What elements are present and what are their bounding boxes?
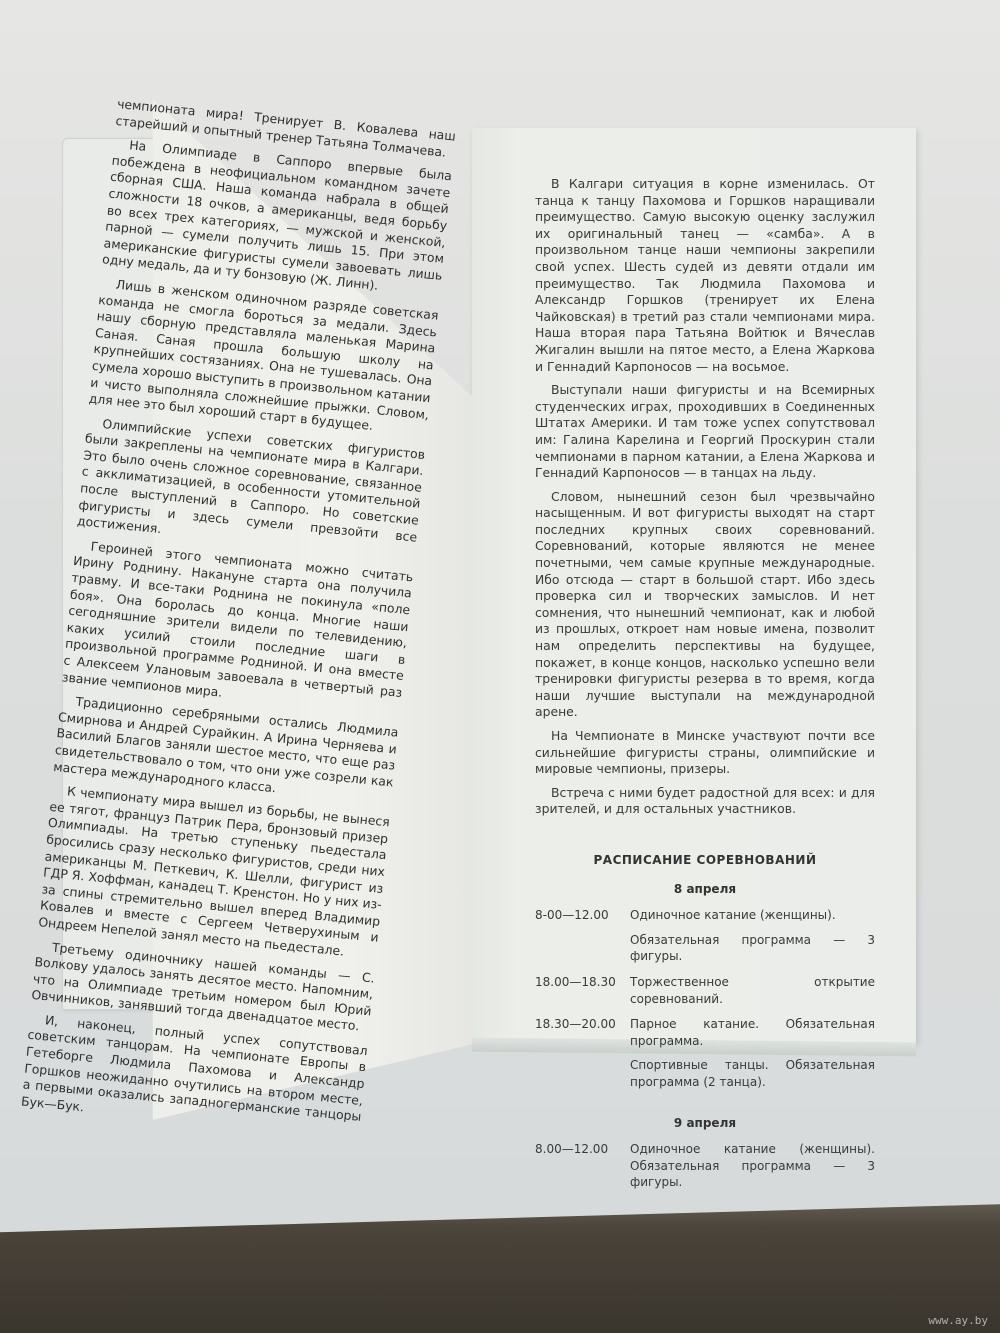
schedule-description: Одиночное катание (женщины). Обязательна… (630, 1141, 875, 1191)
paragraph: На Олимпиаде в Саппоро впервые была побе… (101, 136, 452, 301)
paragraph: Олимпийские успехи советских фигуристов … (76, 414, 426, 562)
paragraph: Лишь в женском одиночном разряде советск… (88, 275, 439, 440)
schedule-time: 8-00—12.00 (535, 907, 630, 965)
schedule-line: Торжественное открытие соревнований. (630, 974, 875, 1007)
schedule-line: Спортивные танцы. Обязательная программа… (630, 1057, 875, 1090)
schedule-row: 8.00—12.00 Одиночное катание (женщины). … (535, 1141, 875, 1191)
schedule-day-date: 9 апреля (535, 1115, 875, 1132)
schedule-time: 18.30—20.00 (535, 1016, 630, 1090)
watermark: www.ay.by (928, 1314, 988, 1327)
schedule-title: РАСПИСАНИЕ СОРЕВНОВАНИЙ (535, 852, 875, 869)
schedule-line: Парное катание. Обязательная программа. (630, 1016, 875, 1049)
table-edge (0, 1193, 1000, 1333)
schedule-time: 8.00—12.00 (535, 1141, 630, 1191)
right-page-content: В Калгари ситуация в корне изменилась. О… (535, 176, 875, 1200)
schedule-description: Торжественное открытие соревнований. (630, 974, 875, 1007)
schedule-description: Одиночное катание (женщины). Обязательна… (630, 907, 875, 965)
schedule-line: Обязательная программа — 3 фигуры. (630, 932, 875, 965)
schedule-line: Одиночное катание (женщины). Обязательна… (630, 1141, 875, 1191)
paragraph: К чемпионату мира вышел из борьбы, не вы… (38, 782, 391, 963)
schedule-line: Одиночное катание (женщины). (630, 907, 875, 924)
schedule-time: 18.00—18.30 (535, 974, 630, 1007)
paragraph: Встреча с ними будет радостной для всех:… (535, 785, 875, 818)
paragraph: Героиней этого чемпионата можно считать … (61, 537, 414, 718)
paragraph: Выступали наши фигуристы и на Всемирных … (535, 382, 875, 482)
paragraph: В Калгари ситуация в корне изменилась. О… (535, 176, 875, 375)
schedule-description: Парное катание. Обязательная программа. … (630, 1016, 875, 1090)
schedule-day-date: 8 апреля (535, 881, 875, 898)
schedule-row: 8-00—12.00 Одиночное катание (женщины). … (535, 907, 875, 965)
schedule-row: 18.30—20.00 Парное катание. Обязательная… (535, 1016, 875, 1090)
paragraph: На Чемпионате в Минске участвуют почти в… (535, 728, 875, 778)
schedule-row: 18.00—18.30 Торжественное открытие сорев… (535, 974, 875, 1007)
paragraph: Словом, нынешний сезон был чрезвычайно н… (535, 489, 875, 721)
